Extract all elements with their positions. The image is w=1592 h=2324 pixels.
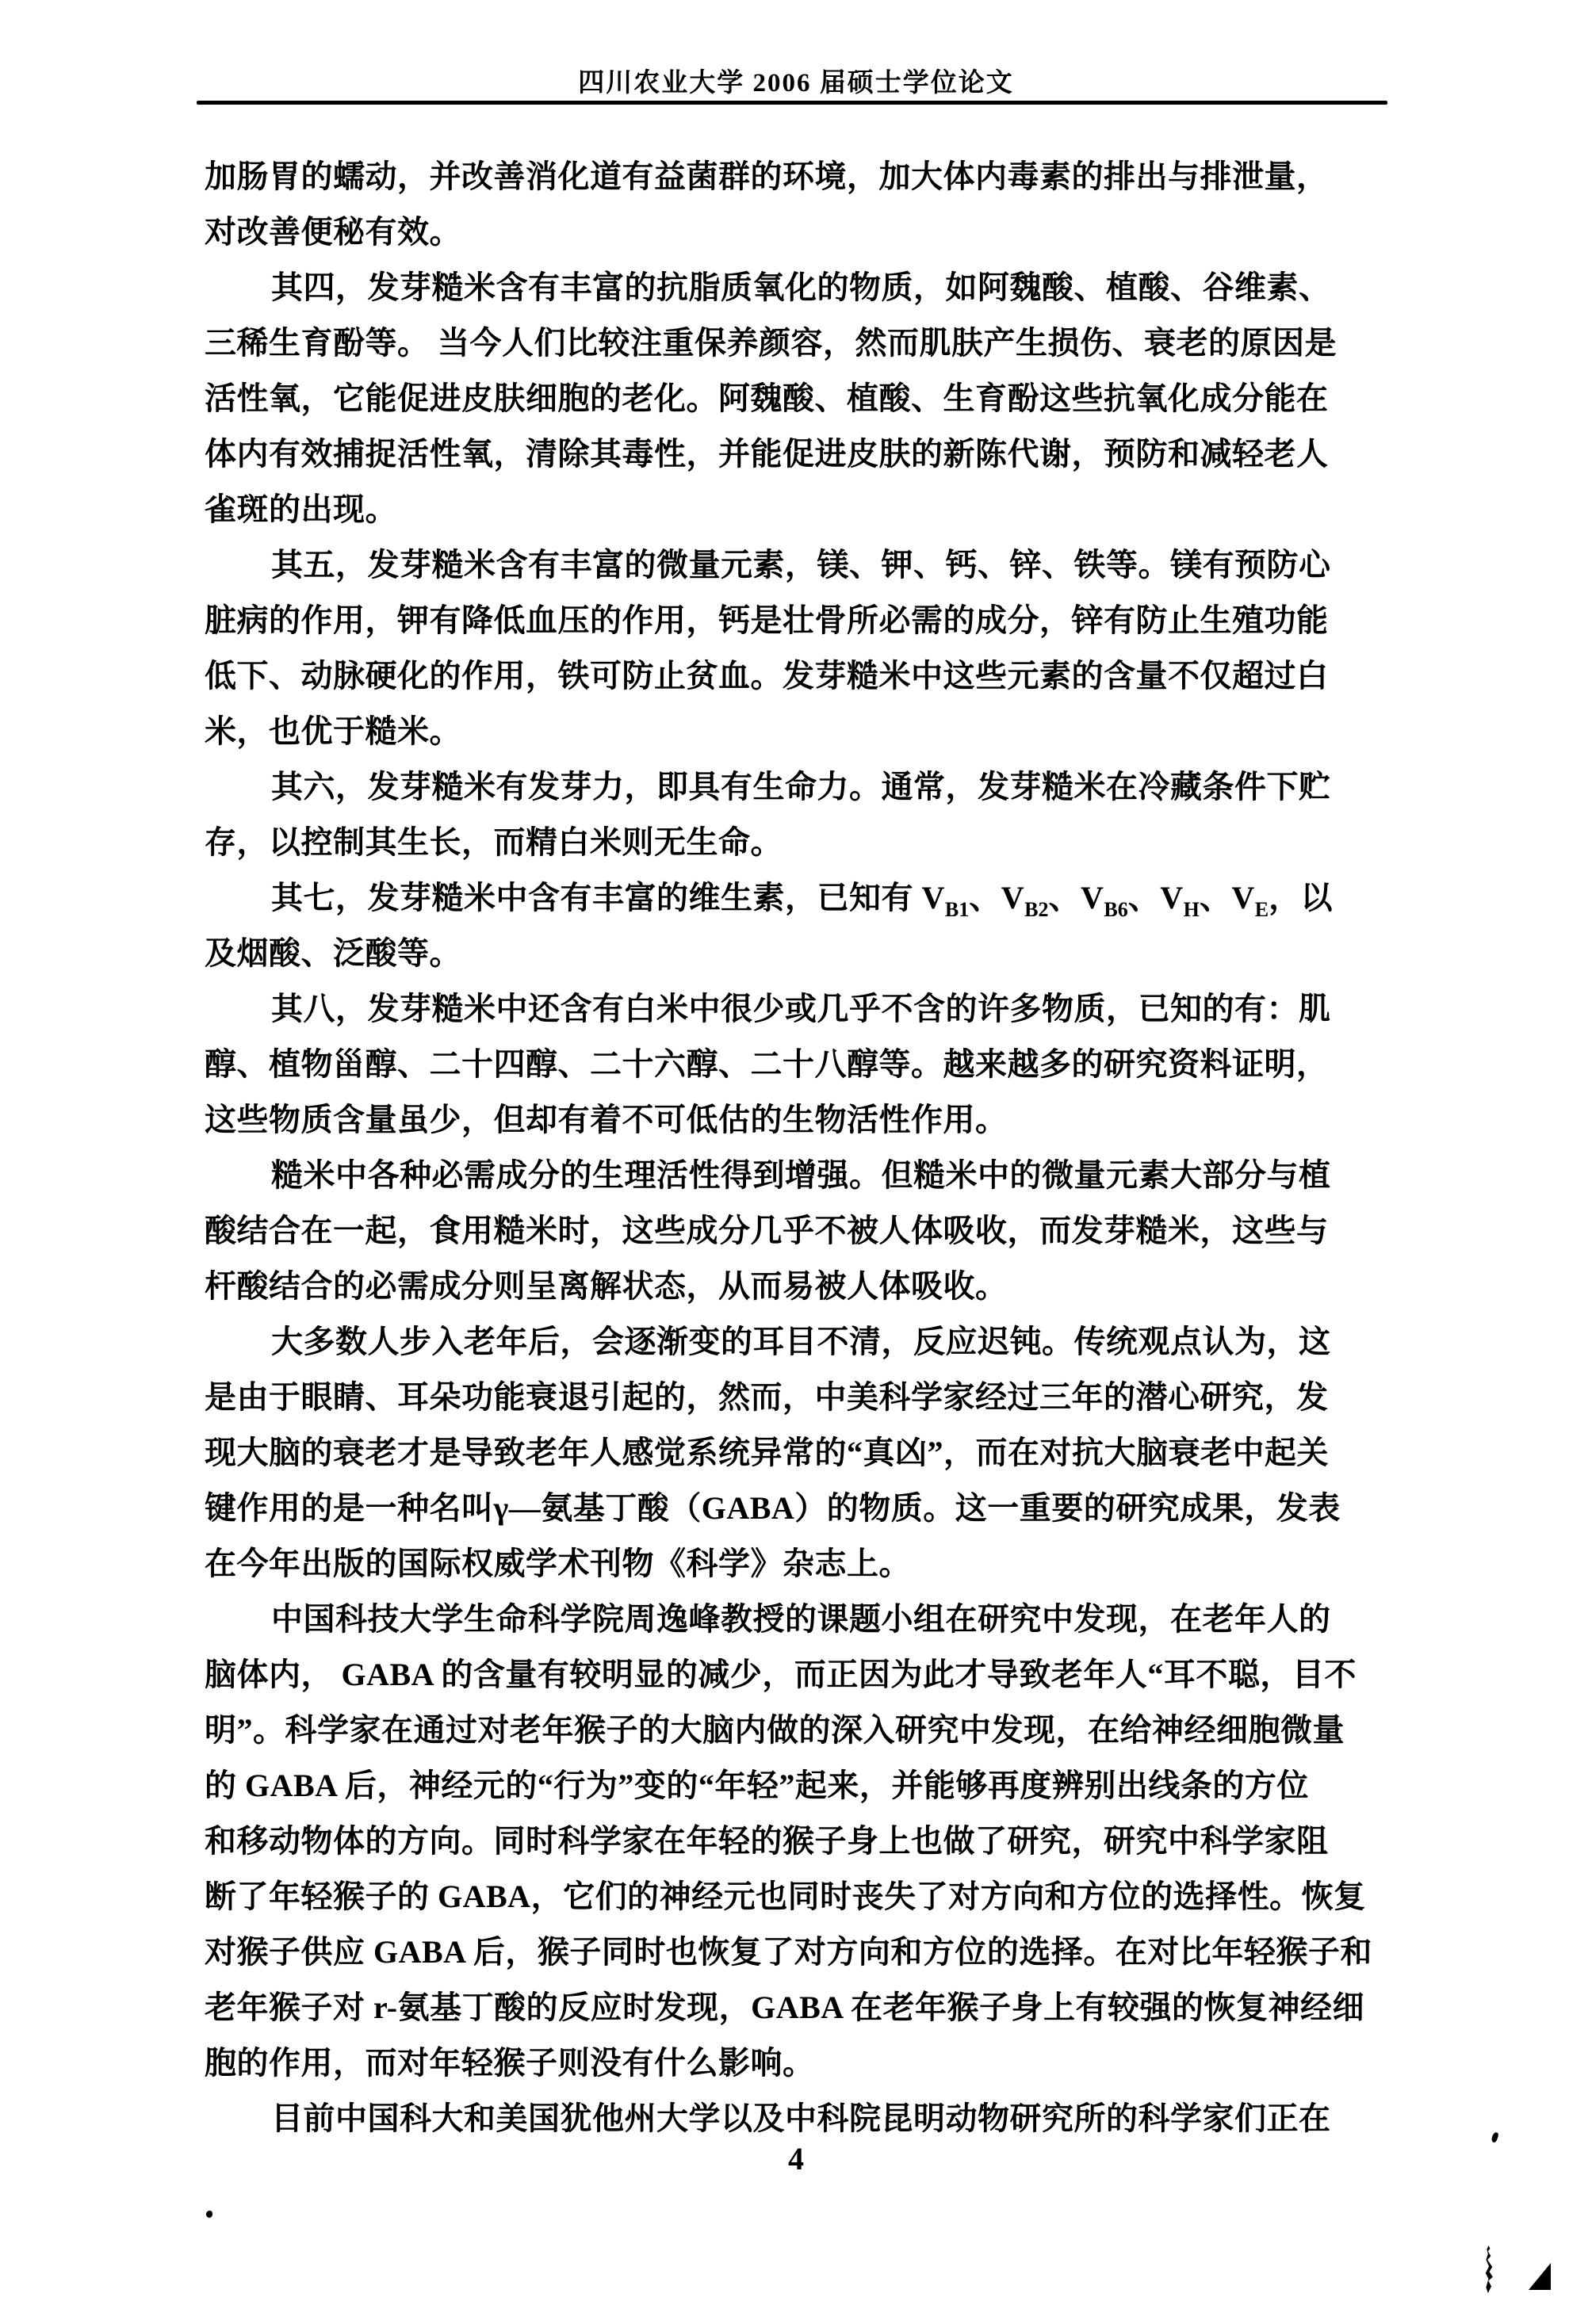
text-line: 现大脑的衰老才是导致老年人感觉系统异常的“真凶”，而在对抗大脑衰老中起关 [205,1425,1390,1481]
ink-dot-mark [206,2211,212,2218]
text-line: 大多数人步入老年后，会逐渐变的耳目不清，反应迟钝。传统观点认为，这 [205,1314,1390,1370]
text-line: 三稀生育酚等。 当今人们比较注重保养颜容，然而肌肤产生损伤、衰老的原因是 [205,315,1390,371]
page-header-title: 四川农业大学 2006 届硕士学位论文 [0,62,1592,99]
text-line: 醇、植物甾醇、二十四醇、二十六醇、二十八醇等。越来越多的研究资料证明， [205,1037,1390,1092]
text-line: 酸结合在一起，食用糙米时，这些成分几乎不被人体吸收，而发芽糙米，这些与 [205,1203,1390,1259]
text-line: 低下、动脉硬化的作用，铁可防止贫血。发芽糙米中这些元素的含量不仅超过白 [205,648,1390,704]
text-line: 及烟酸、泛酸等。 [205,926,1390,981]
text-line: 存，以控制其生长，而精白米则无生命。 [205,815,1390,870]
text-line: 和移动物体的方向。同时科学家在年轻的猴子身上也做了研究，研究中科学家阻 [205,1814,1390,1869]
text-line: 中国科技大学生命科学院周逸峰教授的课题小组在研究中发现，在老年人的 [205,1592,1390,1647]
text-line: 其四，发芽糙米含有丰富的抗脂质氧化的物质，如阿魏酸、植酸、谷维素、 [205,260,1390,315]
text-line: 雀斑的出现。 [205,482,1390,537]
thesis-page: 四川农业大学 2006 届硕士学位论文 加肠胃的蠕动，并改善消化道有益菌群的环境… [0,0,1592,2324]
text-line: 对改善便秘有效。 [205,204,1390,260]
text-line: 目前中国科大和美国犹他州大学以及中科院昆明动物研究所的科学家们正在 [205,2091,1390,2146]
text-line: 其五，发芽糙米含有丰富的微量元素，镁、钾、钙、锌、铁等。镁有预防心 [205,537,1390,593]
text-line: 脑体内， GABA 的含量有较明显的减少，而正因为此才导致老年人“耳不聪，目不 [205,1647,1390,1703]
text-line: 老年猴子对 r-氨基丁酸的反应时发现，GABA 在老年猴子身上有较强的恢复神经细 [205,1980,1390,2035]
text-line: 加肠胃的蠕动，并改善消化道有益菌群的环境，加大体内毒素的排出与排泄量， [205,149,1390,204]
text-line: 脏病的作用，钾有降低血压的作用，钙是壮骨所必需的成分，锌有防止生殖功能 [205,593,1390,648]
text-line: 键作用的是一种名叫γ—氨基丁酸（GABA）的物质。这一重要的研究成果，发表 [205,1481,1390,1536]
page-number: 4 [0,2140,1592,2177]
text-line: 对猴子供应 GABA 后，猴子同时也恢复了对方向和方位的选择。在对比年轻猴子和 [205,1925,1390,1980]
text-line: 明”。科学家在通过对老年猴子的大脑内做的深入研究中发现，在给神经细胞微量 [205,1703,1390,1758]
ink-triangle-mark [1529,2263,1551,2290]
text-line: 这些物质含量虽少，但却有着不可低估的生物活性作用。 [205,1092,1390,1148]
text-line: 是由于眼睛、耳朵功能衰退引起的，然而，中美科学家经过三年的潜心研究，发 [205,1370,1390,1425]
ink-squiggle-mark [1484,2246,1494,2293]
text-line: 在今年出版的国际权威学术刊物《科学》杂志上。 [205,1536,1390,1592]
text-line: 杆酸结合的必需成分则呈离解状态，从而易被人体吸收。 [205,1259,1390,1314]
text-line: 其七，发芽糙米中含有丰富的维生素，已知有 VB1、VB2、VB6、VH、VE，以 [205,870,1390,926]
text-line: 米，也优于糙米。 [205,704,1390,759]
header-divider-line [197,101,1387,105]
text-line: 胞的作用，而对年轻猴子则没有什么影响。 [205,2035,1390,2091]
text-line: 断了年轻猴子的 GABA，它们的神经元也同时丧失了对方向和方位的选择性。恢复 [205,1869,1390,1925]
text-line: 的 GABA 后，神经元的“行为”变的“年轻”起来，并能够再度辨别出线条的方位 [205,1758,1390,1814]
text-line: 体内有效捕捉活性氧，清除其毒性，并能促进皮肤的新陈代谢，预防和减轻老人 [205,426,1390,482]
text-line: 其六，发芽糙米有发芽力，即具有生命力。通常，发芽糙米在冷藏条件下贮 [205,759,1390,815]
text-line: 其八，发芽糙米中还含有白米中很少或几乎不含的许多物质，已知的有：肌 [205,981,1390,1037]
text-line: 糙米中各种必需成分的生理活性得到增强。但糙米中的微量元素大部分与植 [205,1148,1390,1203]
text-line: 活性氧，它能促进皮肤细胞的老化。阿魏酸、植酸、生育酚这些抗氧化成分能在 [205,371,1390,426]
body-text: 加肠胃的蠕动，并改善消化道有益菌群的环境，加大体内毒素的排出与排泄量，对改善便秘… [205,149,1390,2146]
